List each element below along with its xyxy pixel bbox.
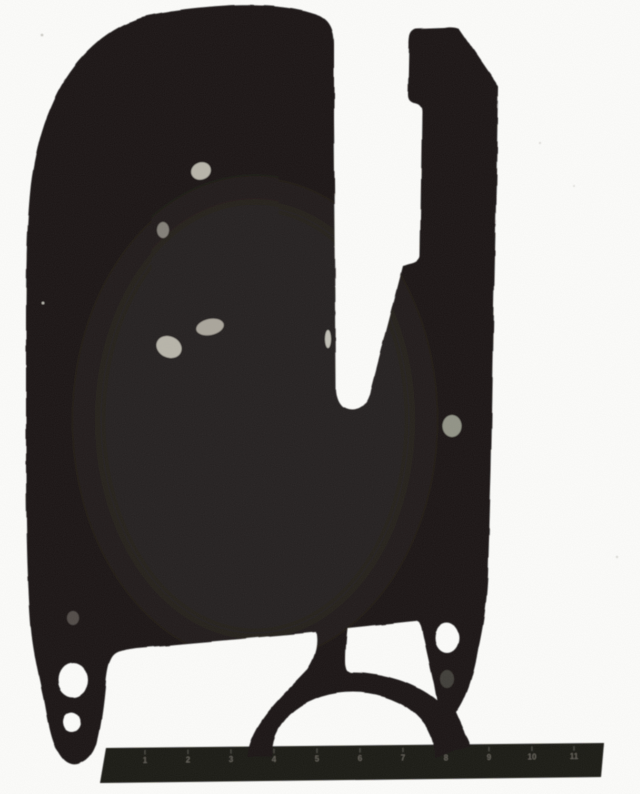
film-grain xyxy=(0,0,640,794)
photo-canvas: Dark silhouetted flat machine plate with… xyxy=(0,0,640,794)
machine-part-photo: Dark silhouetted flat machine plate with… xyxy=(0,0,640,794)
